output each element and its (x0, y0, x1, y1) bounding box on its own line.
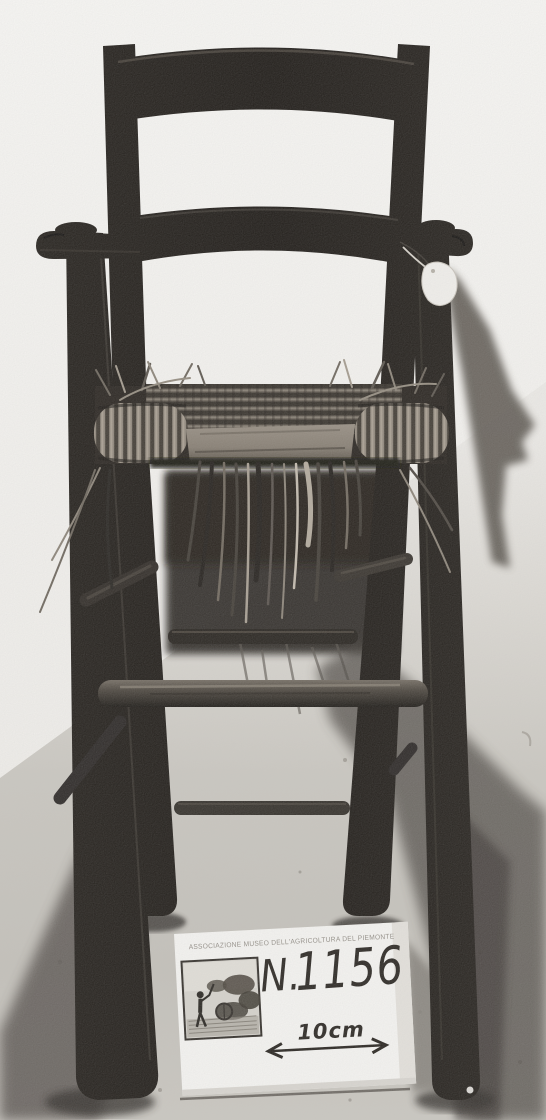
film-grain-overlay (0, 0, 546, 1120)
photo-canvas: ASSOCIAZIONE MUSEO DELL'AGRICOLTURA DEL … (0, 0, 546, 1120)
museum-photograph: ASSOCIAZIONE MUSEO DELL'AGRICOLTURA DEL … (0, 0, 546, 1120)
